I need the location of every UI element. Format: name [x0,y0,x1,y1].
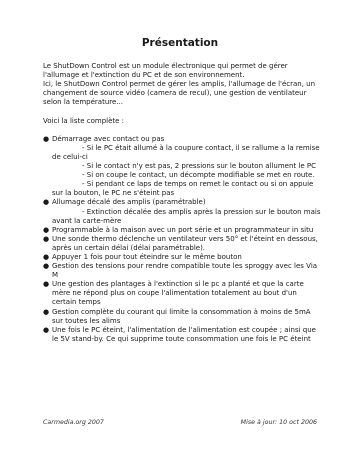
bullet-icon: ● [43,280,49,289]
list-item: ● Une sonde thermo déclenche un ventilat… [43,235,323,253]
footer-updated-date: Mise à jour: 10 oct 2006 [241,419,317,426]
list-item: ● Appuyer 1 fois pour tout éteindre sur … [43,253,323,262]
sub-item: - Si on coupe le contact, un décompte mo… [52,171,323,180]
bullet-icon: ● [43,262,49,271]
bullet-icon: ● [43,326,49,335]
sub-item: - Si pendant ce laps de temps on remet l… [52,180,323,198]
bullet-icon: ● [43,198,49,207]
footer-copyright: Carmedia.org 2007 [43,419,104,426]
bullet-icon: ● [43,135,49,144]
feature-list: ● Démarrage avec contact ou pas - Si le … [43,135,323,344]
document-body: Le ShutDown Control est un module électr… [43,62,323,344]
bullet-icon: ● [43,235,49,244]
list-item: ● Démarrage avec contact ou pas - Si le … [43,135,323,199]
sub-item: - Si le contact n'y est pas, 2 pressions… [52,162,323,171]
bullet-icon: ● [43,253,49,262]
sub-item: - Extinction décalée des amplis après la… [52,208,323,226]
list-item: ● Une gestion des plantages à l'extincti… [43,280,323,307]
bullet-icon: ● [43,308,49,317]
bullet-icon: ● [43,226,49,235]
list-item: ● Gestion des tensions pour rendre compa… [43,262,323,280]
list-item: ● Allumage décalé des amplis (paramétrab… [43,198,323,225]
intro-paragraph-2: Ici, le ShutDown Control permet de gérer… [43,80,323,107]
intro-paragraph-1: Le ShutDown Control est un module électr… [43,62,323,80]
list-item: ● Programmable à la maison avec un port … [43,226,323,235]
list-heading: Voici la liste complète : [43,117,323,126]
list-item: ● Gestion complète du courant qui limite… [43,308,323,326]
sub-item: - Si le PC était allumé à la coupure con… [52,144,323,162]
page-title: Présentation [0,37,360,49]
list-item: ● Une fois le PC éteint, l'alimentation … [43,326,323,344]
